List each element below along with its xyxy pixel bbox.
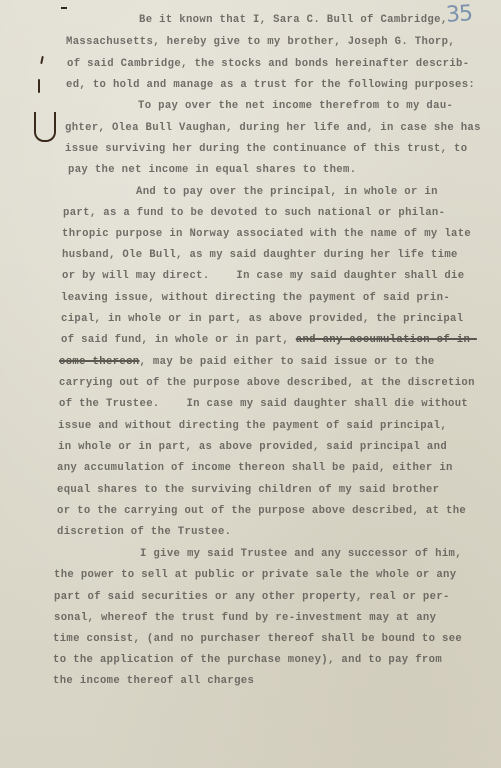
pencil-tick-icon (38, 79, 40, 93)
text-line: equal shares to the surviving children o… (57, 483, 439, 497)
pencil-tick-icon (40, 56, 44, 64)
struck-text: come thereon (59, 356, 140, 368)
text-line: husband, Ole Bull, as my said daughter d… (62, 248, 458, 262)
text-line: cipal, in whole or in part, as above pro… (61, 312, 463, 326)
text-line: or by will may direct. In case my said d… (62, 269, 464, 283)
text-line: To pay over the net income therefrom to … (138, 99, 453, 113)
page-number: 35 (445, 1, 473, 28)
text-line: the income thereof all charges (53, 674, 254, 688)
text-line: any accumulation of income thereon shall… (57, 461, 453, 475)
text-line: leaving issue, without directing the pay… (61, 291, 450, 305)
text-line: issue and without directing the payment … (58, 419, 447, 433)
text-line: the power to sell at public or private s… (54, 568, 456, 582)
text-line: time consist, (and no purchaser thereof … (53, 632, 462, 646)
pencil-bracket-icon (34, 112, 56, 142)
text-line: discretion of the Trustee. (57, 525, 231, 539)
text-line: part, as a fund to be devoted to such na… (63, 206, 445, 220)
text-line: thropic purpose in Norway associated wit… (62, 227, 471, 241)
text-line: Massachusetts, hereby give to my brother… (66, 35, 455, 49)
text-line: ghter, Olea Bull Vaughan, during her lif… (65, 121, 481, 135)
top-dash-mark: - (61, 7, 67, 9)
text-line: in whole or in part, as above provided, … (58, 440, 447, 454)
text-line: to the application of the purchase money… (53, 653, 442, 667)
text-line: And to pay over the principal, in whole … (136, 185, 438, 199)
text-line: come thereon, may be paid either to said… (59, 355, 435, 369)
text-line: sonal, whereof the trust fund by re-inve… (54, 611, 436, 625)
text-line: part of said securities or any other pro… (54, 590, 450, 604)
text-line: pay the net income in equal shares to th… (68, 163, 356, 177)
text-line: of said Cambridge, the stocks and bonds … (67, 57, 469, 71)
document-page: - 35 Be it known that I, Sara C. Bull of… (0, 0, 501, 768)
text-line: I give my said Trustee and any successor… (140, 547, 462, 561)
text-line: or to the carrying out of the purpose ab… (57, 504, 466, 518)
text-line: issue surviving her during the continuan… (65, 142, 467, 156)
text-line: carrying out of the purpose above descri… (59, 376, 475, 390)
struck-text: and any accumulation of in- (296, 334, 477, 346)
text-line: ed, to hold and manage as a trust for th… (66, 78, 475, 92)
text-line: Be it known that I, Sara C. Bull of Camb… (139, 13, 448, 27)
text-line: of the Trustee. In case my said daughter… (59, 397, 468, 411)
text-line: of said fund, in whole or in part, and a… (61, 333, 477, 347)
